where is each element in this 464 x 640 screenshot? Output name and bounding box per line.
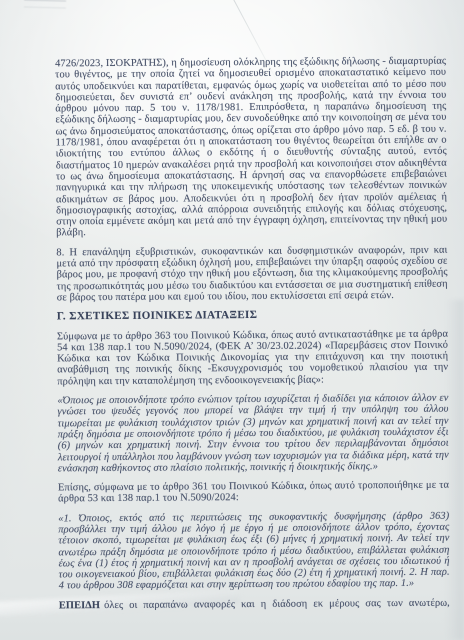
article-361-intro: Επίσης, σύμφωνα με το άρθρο 361 του Ποιν… xyxy=(58,480,449,505)
epeidi-lead-word: ΕΠΕΙΔΗ xyxy=(59,600,100,611)
article-363-quote: «Όποιος με οποιονδήποτε τρόπο ενώπιον τρ… xyxy=(57,393,449,475)
document-body: 4726/2023, ΙΣΟΚΡΑΤΗΣ), η δημοσίευση ολόκ… xyxy=(55,56,450,620)
epeidi-paragraph: ΕΠΕΙΔΗόλες οι παραπάνω αναφορές και η δι… xyxy=(59,597,450,611)
scan-artifact-mark xyxy=(24,0,66,9)
article-363-intro: Σύμφωνα με το άρθρο 363 του Ποινικού Κώδ… xyxy=(57,328,448,387)
continuation-paragraph: 4726/2023, ΙΣΟΚΡΑΤΗΣ), η δημοσίευση ολόκ… xyxy=(55,56,447,239)
scanned-document-page: 4726/2023, ΙΣΟΚΡΑΤΗΣ), η δημοσίευση ολόκ… xyxy=(0,0,464,640)
paragraph-8: 8. Η επανάληψη εξυβριστικών, συκοφαντικώ… xyxy=(56,244,447,303)
article-361-quote: «1. Όποιος, εκτός από τις περιπτώσεις τη… xyxy=(58,510,450,592)
epeidi-text: όλες οι παραπάνω αναφορές και η διάδοση … xyxy=(104,597,450,610)
section-heading-penal-provisions: Γ. ΣΧΕΤΙΚΕΣ ΠΟΙΝΙΚΕΣ ΔΙΑΤΑΞΕΙΣ xyxy=(57,309,448,323)
page-number: 5 xyxy=(0,582,464,592)
